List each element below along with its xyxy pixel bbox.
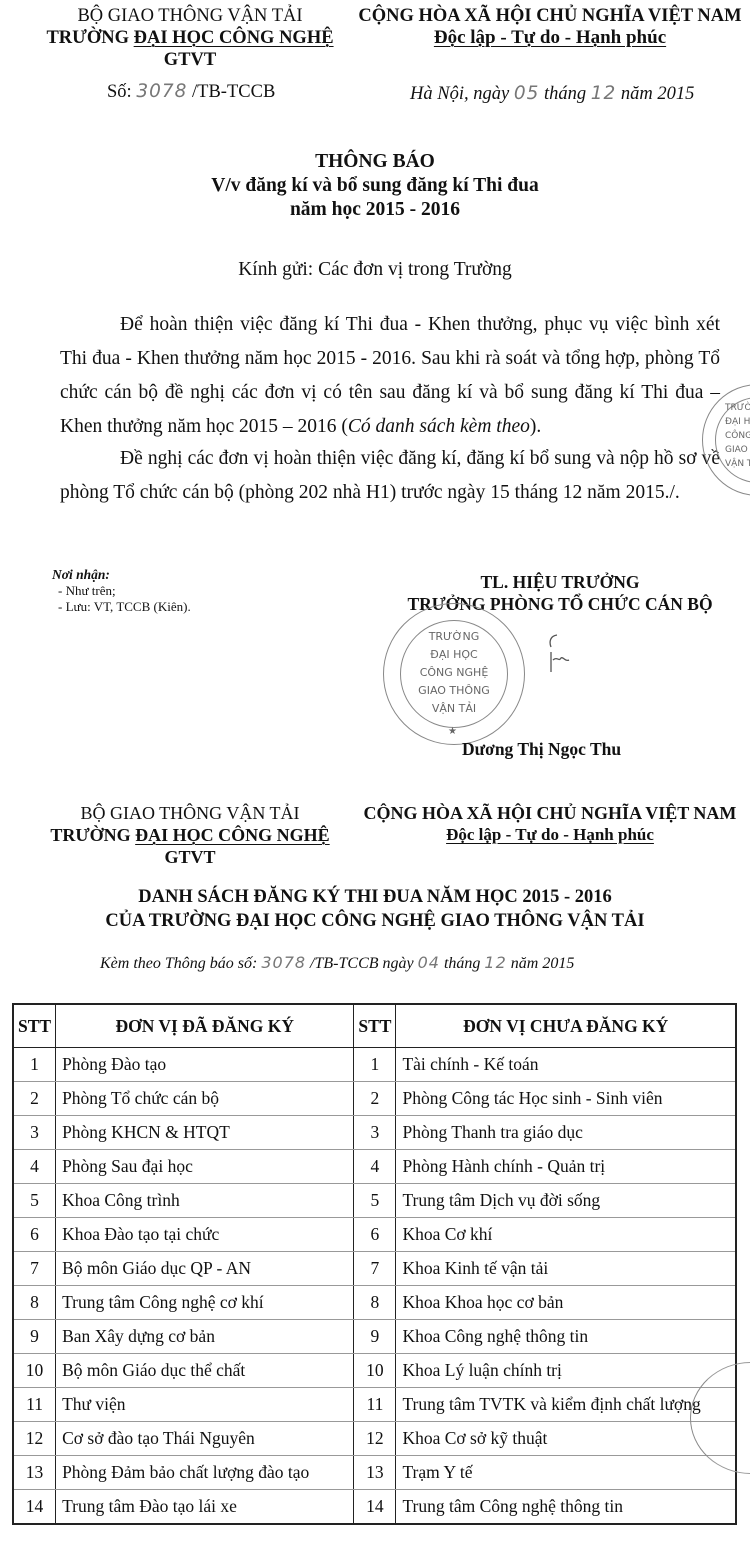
- row-stt-left: 3: [13, 1116, 56, 1150]
- row-stt-left: 7: [13, 1252, 56, 1286]
- registration-table: STT ĐƠN VỊ ĐÃ ĐĂNG KÝ STT ĐƠN VỊ CHƯA ĐĂ…: [12, 1003, 737, 1525]
- row-stt-left: 8: [13, 1286, 56, 1320]
- ministry-name: BỘ GIAO THÔNG VẬN TẢI: [40, 5, 340, 27]
- paragraph-2: Đề nghị các đơn vị hoàn thiện việc đăng …: [60, 442, 720, 510]
- row-stt-left: 5: [13, 1184, 56, 1218]
- table-row: 4Phòng Sau đại học4Phòng Hành chính - Qu…: [13, 1150, 736, 1184]
- row-stt-right: 14: [354, 1490, 396, 1525]
- recipients: Nơi nhận: - Như trên; - Lưu: VT, TCCB (K…: [52, 567, 191, 615]
- unregistered-unit: Khoa Khoa học cơ bản: [396, 1286, 736, 1320]
- list-header-left: BỘ GIAO THÔNG VẬN TẢI TRƯỜNG ĐẠI HỌC CÔN…: [40, 802, 340, 868]
- country-name: CỘNG HÒA XÃ HỘI CHỦ NGHĨA VIỆT NAM: [350, 802, 750, 824]
- column-header-stt-left: STT: [13, 1004, 56, 1048]
- country-name: CỘNG HÒA XÃ HỘI CHỦ NGHĨA VIỆT NAM: [350, 5, 750, 27]
- table-row: 3Phòng KHCN & HTQT3Phòng Thanh tra giáo …: [13, 1116, 736, 1150]
- stamp-star-icon: ★: [448, 726, 457, 737]
- registered-unit: Bộ môn Giáo dục QP - AN: [56, 1252, 354, 1286]
- column-header-unregistered: ĐƠN VỊ CHƯA ĐĂNG KÝ: [396, 1004, 736, 1048]
- row-stt-right: 5: [354, 1184, 396, 1218]
- row-stt-right: 1: [354, 1048, 396, 1082]
- unregistered-unit: Trung tâm TVTK và kiểm định chất lượng: [396, 1388, 736, 1422]
- recipients-label: Nơi nhận:: [52, 567, 191, 583]
- row-stt-left: 12: [13, 1422, 56, 1456]
- recipient-item: - Như trên;: [52, 583, 191, 599]
- handwritten-signature: [545, 632, 585, 682]
- list-header-right: CỘNG HÒA XÃ HỘI CHỦ NGHĨA VIỆT NAM Độc l…: [350, 802, 750, 846]
- row-stt-right: 13: [354, 1456, 396, 1490]
- row-stt-left: 9: [13, 1320, 56, 1354]
- unregistered-unit: Khoa Kinh tế vận tải: [396, 1252, 736, 1286]
- unregistered-unit: Trung tâm Dịch vụ đời sống: [396, 1184, 736, 1218]
- table-row: 6Khoa Đào tạo tại chức6Khoa Cơ khí: [13, 1218, 736, 1252]
- notice-title: THÔNG BÁO: [0, 150, 750, 174]
- unregistered-unit: Khoa Cơ khí: [396, 1218, 736, 1252]
- table-row: 14Trung tâm Đào tạo lái xe14Trung tâm Cô…: [13, 1490, 736, 1525]
- ministry-name: BỘ GIAO THÔNG VẬN TẢI: [40, 802, 340, 824]
- column-header-stt-right: STT: [354, 1004, 396, 1048]
- row-stt-right: 12: [354, 1422, 396, 1456]
- row-stt-right: 8: [354, 1286, 396, 1320]
- unregistered-unit: Trạm Y tế: [396, 1456, 736, 1490]
- school-name: TRƯỜNG ĐẠI HỌC CÔNG NGHỆ GTVT: [40, 27, 340, 71]
- row-stt-left: 2: [13, 1082, 56, 1116]
- row-stt-right: 2: [354, 1082, 396, 1116]
- table-row: 1Phòng Đào tạo1Tài chính - Kế toán: [13, 1048, 736, 1082]
- unregistered-unit: Khoa Cơ sở kỹ thuật: [396, 1422, 736, 1456]
- notice-header-right: CỘNG HÒA XÃ HỘI CHỦ NGHĨA VIỆT NAM Độc l…: [350, 5, 750, 49]
- unregistered-unit: Phòng Thanh tra giáo dục: [396, 1116, 736, 1150]
- row-stt-right: 11: [354, 1388, 396, 1422]
- official-stamp: TRƯỜNG ĐẠI HỌC CÔNG NGHỆ GIAO THÔNG VẬN …: [383, 603, 525, 745]
- row-stt-left: 13: [13, 1456, 56, 1490]
- unregistered-unit: Phòng Hành chính - Quản trị: [396, 1150, 736, 1184]
- list-title-line1: DANH SÁCH ĐĂNG KÝ THI ĐUA NĂM HỌC 2015 -…: [0, 885, 750, 909]
- signature-line1: TL. HIỆU TRƯỞNG: [370, 571, 750, 593]
- row-stt-left: 10: [13, 1354, 56, 1388]
- table-row: 10Bộ môn Giáo dục thể chất10Khoa Lý luận…: [13, 1354, 736, 1388]
- national-motto: Độc lập - Tự do - Hạnh phúc: [350, 27, 750, 49]
- registered-unit: Phòng Đào tạo: [56, 1048, 354, 1082]
- row-stt-left: 14: [13, 1490, 56, 1525]
- registered-unit: Phòng Đảm bảo chất lượng đào tạo: [56, 1456, 354, 1490]
- table-body: 1Phòng Đào tạo1Tài chính - Kế toán2Phòng…: [13, 1048, 736, 1525]
- list-title-block: DANH SÁCH ĐĂNG KÝ THI ĐUA NĂM HỌC 2015 -…: [0, 885, 750, 933]
- table-row: 5Khoa Công trình5Trung tâm Dịch vụ đời s…: [13, 1184, 736, 1218]
- table-header-row: STT ĐƠN VỊ ĐÃ ĐĂNG KÝ STT ĐƠN VỊ CHƯA ĐĂ…: [13, 1004, 736, 1048]
- table-row: 12Cơ sở đào tạo Thái Nguyên12Khoa Cơ sở …: [13, 1422, 736, 1456]
- registered-unit: Phòng Tổ chức cán bộ: [56, 1082, 354, 1116]
- list-title-line2: CỦA TRƯỜNG ĐẠI HỌC CÔNG NGHỆ GIAO THÔNG …: [0, 909, 750, 933]
- registered-unit: Bộ môn Giáo dục thể chất: [56, 1354, 354, 1388]
- column-header-registered: ĐƠN VỊ ĐÃ ĐĂNG KÝ: [56, 1004, 354, 1048]
- notice-header-left: BỘ GIAO THÔNG VẬN TẢI TRƯỜNG ĐẠI HỌC CÔN…: [40, 5, 340, 71]
- table-row: 7Bộ môn Giáo dục QP - AN7Khoa Kinh tế vậ…: [13, 1252, 736, 1286]
- signer-name: Dương Thị Ngọc Thu: [462, 739, 621, 760]
- stamp-center-text: TRƯỜNG ĐẠI HỌC CÔNG NGHỆ GIAO THÔNG VẬN …: [384, 628, 524, 718]
- registered-unit: Trung tâm Đào tạo lái xe: [56, 1490, 354, 1525]
- row-stt-right: 10: [354, 1354, 396, 1388]
- paragraph-1: Để hoàn thiện việc đăng kí Thi đua - Khe…: [60, 308, 720, 444]
- table-row: 8Trung tâm Công nghệ cơ khí8Khoa Khoa họ…: [13, 1286, 736, 1320]
- registered-unit: Khoa Công trình: [56, 1184, 354, 1218]
- document-number: Số: 3078 /TB-TCCB: [107, 81, 275, 103]
- unregistered-unit: Khoa Lý luận chính trị: [396, 1354, 736, 1388]
- table-row: 11Thư viện11Trung tâm TVTK và kiểm định …: [13, 1388, 736, 1422]
- row-stt-left: 4: [13, 1150, 56, 1184]
- row-stt-left: 11: [13, 1388, 56, 1422]
- row-stt-right: 4: [354, 1150, 396, 1184]
- unregistered-unit: Tài chính - Kế toán: [396, 1048, 736, 1082]
- notice-subject-line1: V/v đăng kí và bổ sung đăng kí Thi đua: [0, 174, 750, 198]
- row-stt-left: 6: [13, 1218, 56, 1252]
- national-motto: Độc lập - Tự do - Hạnh phúc: [350, 824, 750, 846]
- registered-unit: Phòng KHCN & HTQT: [56, 1116, 354, 1150]
- registered-unit: Thư viện: [56, 1388, 354, 1422]
- row-stt-right: 9: [354, 1320, 396, 1354]
- row-stt-left: 1: [13, 1048, 56, 1082]
- unregistered-unit: Phòng Công tác Học sinh - Sinh viên: [396, 1082, 736, 1116]
- document-date: Hà Nội, ngày 05 tháng 12 năm 2015: [410, 83, 694, 105]
- row-stt-right: 7: [354, 1252, 396, 1286]
- table-row: 13Phòng Đảm bảo chất lượng đào tạo13Trạm…: [13, 1456, 736, 1490]
- greeting: Kính gửi: Các đơn vị trong Trường: [0, 259, 750, 281]
- unregistered-unit: Trung tâm Công nghệ thông tin: [396, 1490, 736, 1525]
- notice-title-block: THÔNG BÁO V/v đăng kí và bổ sung đăng kí…: [0, 150, 750, 222]
- table-row: 2Phòng Tổ chức cán bộ2Phòng Công tác Học…: [13, 1082, 736, 1116]
- table-row: 9Ban Xây dựng cơ bản9Khoa Công nghệ thôn…: [13, 1320, 736, 1354]
- registered-unit: Khoa Đào tạo tại chức: [56, 1218, 354, 1252]
- registered-unit: Ban Xây dựng cơ bản: [56, 1320, 354, 1354]
- row-stt-right: 6: [354, 1218, 396, 1252]
- unregistered-unit: Khoa Công nghệ thông tin: [396, 1320, 736, 1354]
- notice-subject-line2: năm học 2015 - 2016: [0, 198, 750, 222]
- registered-unit: Cơ sở đào tạo Thái Nguyên: [56, 1422, 354, 1456]
- recipient-item: - Lưu: VT, TCCB (Kiên).: [52, 599, 191, 615]
- registered-unit: Trung tâm Công nghệ cơ khí: [56, 1286, 354, 1320]
- row-stt-right: 3: [354, 1116, 396, 1150]
- attachment-reference: Kèm theo Thông báo số: 3078 /TB-TCCB ngà…: [100, 953, 574, 973]
- school-name: TRƯỜNG ĐẠI HỌC CÔNG NGHỆ GTVT: [40, 824, 340, 868]
- registered-unit: Phòng Sau đại học: [56, 1150, 354, 1184]
